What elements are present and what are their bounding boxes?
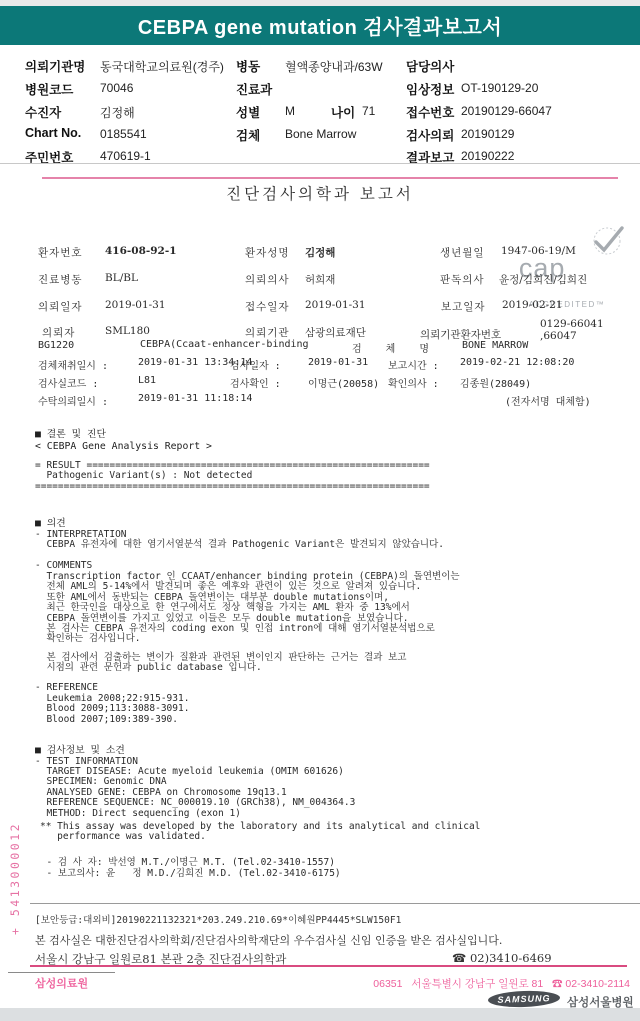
hospital-code-label: 병원코드 [25,80,73,98]
accreditation-line: 본 검사실은 대한진단검사의학회/진단검사의학재단의 우수검사실 신임 인증을 … [35,932,502,948]
patient-no-value: 416-08-92-1 [105,245,177,257]
bottom-scan-edge [0,1008,640,1021]
conclusion-subheading: < CEBPA Gene Analysis Report > [35,442,212,452]
chart-no-value: 0185541 [100,127,147,141]
reference-title: - REFERENCE [35,683,98,693]
ward-row-label: 진료병동 [38,272,83,287]
footer-pink-rule [30,965,627,967]
security-line: [보안등급:대외비]20190221132321*203.249.210.69*… [35,912,401,926]
order-date-label: 검사의뢰 [406,126,454,144]
requester-label: 의뢰자 [42,325,75,340]
req-date-value: 2019-01-31 [105,299,166,311]
org-patient-no-value: 0129-66041 ,66047 [540,318,604,342]
attending-doctor-label: 담당의사 [406,57,454,75]
confirm-doctor-value: 김종원(28049) [460,375,531,390]
birth-label: 생년월일 [440,245,485,260]
rrn-value: 470619-1 [100,149,151,163]
test-info-body: TARGET DISEASE: Acute myeloid leukemia (… [35,767,355,819]
consign-datetime-value: 2019-01-31 11:18:14 [138,393,252,404]
result-report-value: 20190222 [461,149,514,163]
specimen-name-label: 검 체 명 [352,340,438,355]
verify-label: 검사확인 : [230,375,281,390]
samsung-logo-text: SAMSUNG [497,993,550,1005]
read-doctor-label: 판독의사 [440,272,485,287]
sex-value: M [285,104,295,118]
chart-no-label: Chart No. [25,126,81,140]
report-time-value: 2019-02-21 12:08:20 [460,357,574,368]
patient-no-label: 환자번호 [38,245,83,260]
opinion-note: 본 검사에서 검출하는 변이가 질환과 관련된 변이인지 판단하는 근거는 결과… [35,653,406,674]
req-doctor-value: 허희재 [305,272,335,287]
banner-title: CEBPA gene mutation 검사결과보고서 [138,11,502,40]
collect-datetime-label: 검체채취일시 : [38,357,108,372]
section-divider [0,163,640,164]
requester-value: SML180 [105,325,150,337]
recv-date-label: 접수일자 [245,299,290,314]
hospital-code-value: 70046 [100,81,133,95]
validation-note: ** This assay was developed by the labor… [40,822,480,843]
footer-short-rule [8,972,115,973]
esign-note: (전자서명 대체함) [505,393,591,408]
specimen-value: Bone Marrow [285,127,356,141]
reference-list: Leukemia 2008;22:915-931. Blood 2009;113… [35,694,189,725]
test-date-value: 2019-01-31 [308,357,368,368]
opinion-heading: ■ 의견 [35,519,66,529]
specimen-name-value: BONE MARROW [462,340,528,351]
report-banner: CEBPA gene mutation 검사결과보고서 [0,6,640,45]
req-org-label: 의뢰기관 [245,325,290,340]
birth-value: 1947-06-19/M [501,245,576,257]
lab-phone: ☎ 02)3410-6469 [452,951,552,965]
req-date-label: 의뢰일자 [38,299,83,314]
confirm-doctor-label: 확인의사 : [388,375,439,390]
receipt-no-label: 접수번호 [406,103,454,121]
cap-checkmark-icon [563,208,624,279]
clinical-info-label: 임상정보 [406,80,454,98]
dept-label: 진료과 [236,80,272,98]
test-code: BG1220 [38,340,74,351]
test-date-label: 검사일자 : [230,357,281,372]
test-info-heading: ■ 검사정보 및 소견 [35,746,125,756]
order-date-value: 20190129 [461,127,514,141]
ward-value: 혈액종양내과/63W [285,58,383,75]
comments-title: - COMMENTS [35,561,92,571]
interpretation-body: CEBPA 유전자에 대한 염기서열분석 결과 Pathogenic Varia… [35,540,444,550]
consign-datetime-label: 수탁의뢰일시 : [38,393,108,408]
patient-name-value: 김정해 [305,245,335,260]
conclusion-heading: ■ 결론 및 진단 [35,430,106,440]
receipt-no-value: 20190129-66047 [461,104,552,118]
clinical-info-value: OT-190129-20 [461,81,538,95]
report-date-label: 보고일자 [441,299,486,314]
req-doctor-label: 의뢰의사 [245,272,290,287]
recv-date-value: 2019-01-31 [305,299,366,311]
footer-divider [30,903,640,904]
result-block: = RESULT ===============================… [35,461,430,492]
samsung-logo: SAMSUNG [488,990,561,1009]
lab-code-value: L81 [138,375,156,386]
report-date-value: 2019-02-21 [502,299,563,311]
patient-label: 수진자 [25,103,61,121]
side-specimen-code: + 5413000012 [8,765,22,935]
ward-row-value: BL/BL [105,272,138,284]
req-org-value: 삼광의료재단 [305,325,366,340]
age-value: 71 [362,104,375,118]
patient-value: 김정해 [100,104,135,121]
report-time-label: 보고시간 : [388,357,439,372]
test-name: CEBPA(Ccaat-enhancer-binding [140,339,309,350]
org-value: 동국대학교의료원(경주) [100,58,224,75]
comments-body: Transcription factor 인 CCAAT/enhancer bi… [35,572,460,645]
sex-label: 성별 [236,103,260,121]
read-doctor-value: 윤정/김희진/김희진 [499,272,587,287]
age-label: 나이 [331,103,355,121]
lab-code-label: 검사실코드 : [38,375,98,390]
ward-label: 병동 [236,57,260,75]
report-title-rule [42,177,618,179]
hospital-address: 06351 서울특별시 강남구 일원로 81 ☎ 02-3410-2114 [0,976,630,991]
patient-name-label: 환자성명 [245,245,290,260]
staff-lines: - 검 사 자: 박선영 M.T./이명근 M.T. (Tel.02-3410-… [35,857,341,879]
verify-value: 이명근(20058) [308,375,379,390]
org-label: 의뢰기관명 [25,57,85,75]
specimen-label: 검체 [236,126,260,144]
